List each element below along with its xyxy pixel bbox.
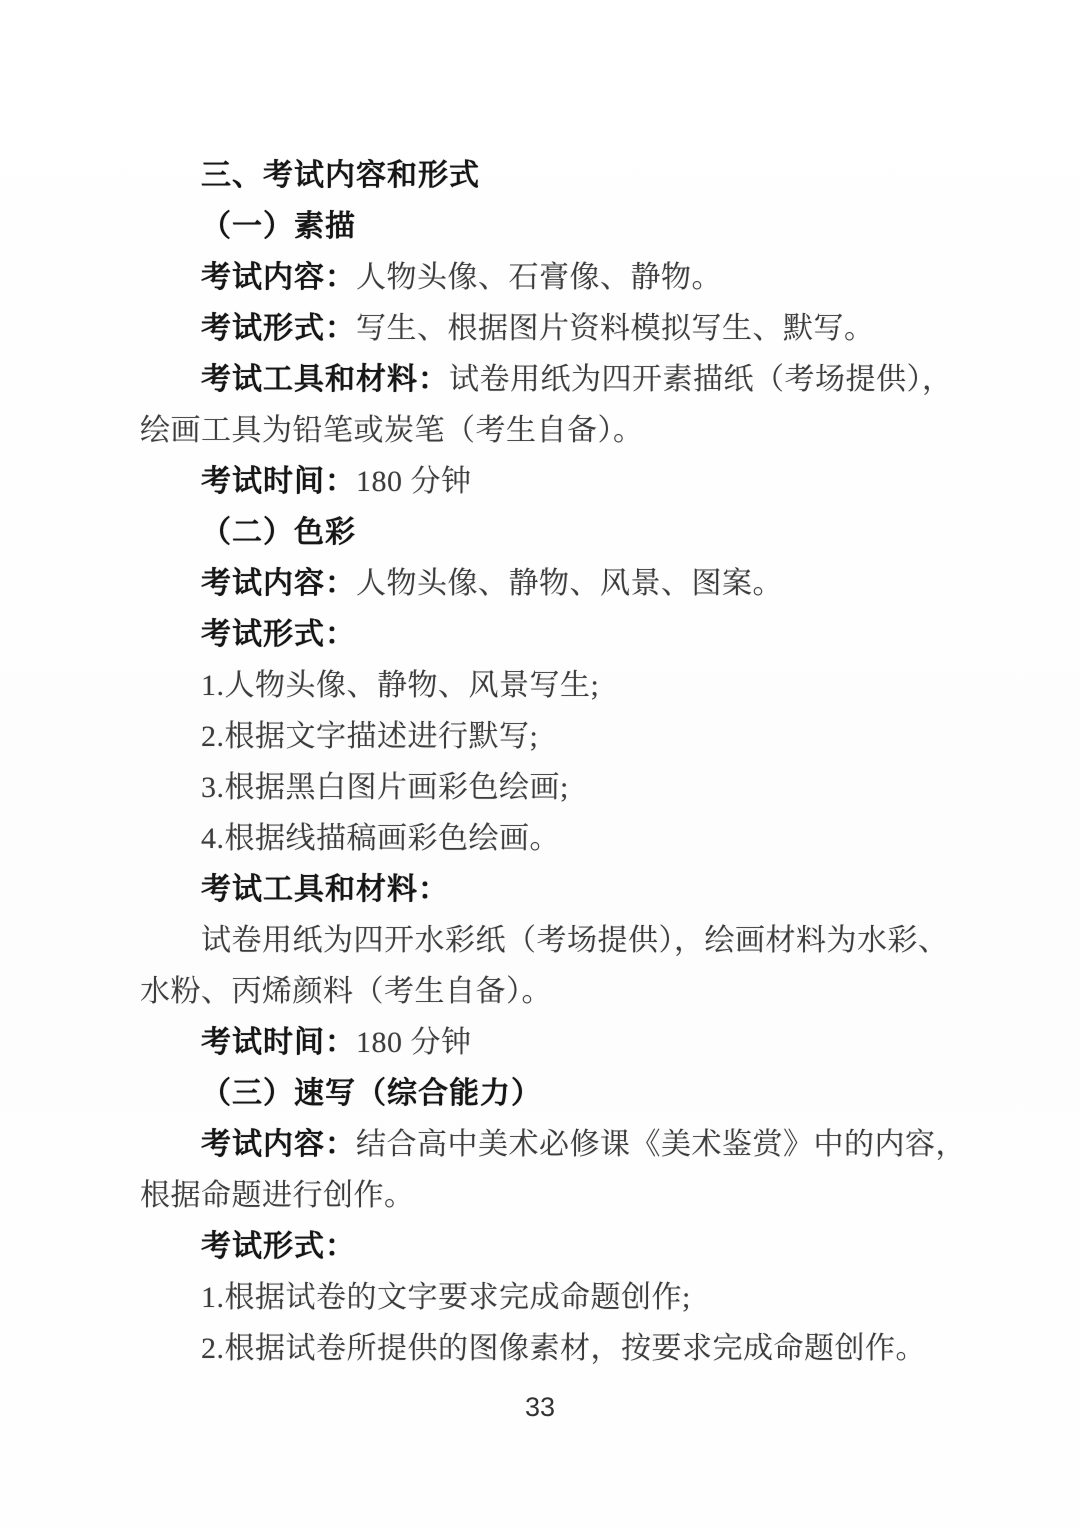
text-line: 根据命题进行创作。 (140, 1170, 942, 1221)
bold-label: 三、考试内容和形式 (201, 159, 480, 192)
text-line: 考试工具和材料： (140, 864, 942, 915)
bold-label: （二）色彩 (201, 516, 356, 549)
line-text: 4.根据线描稿画彩色绘画。 (201, 822, 560, 855)
text-line: 考试形式：写生、根据图片资料模拟写生、默写。 (140, 303, 942, 354)
line-text: 结合高中美术必修课《美术鉴赏》中的内容， (356, 1128, 966, 1161)
line-text: 水粉、丙烯颜料（考生自备）。 (140, 975, 552, 1008)
bold-label: 考试工具和材料： (201, 873, 449, 906)
text-line: 考试工具和材料：试卷用纸为四开素描纸（考场提供）， (140, 354, 942, 405)
document-page: 三、考试内容和形式 （一）素描 考试内容：人物头像、石膏像、静物。 考试形式：写… (0, 0, 1080, 1528)
text-line: 2.根据文字描述进行默写; (140, 711, 942, 762)
bold-label: （三）速写（综合能力） (201, 1077, 542, 1110)
line-text: 180 分钟 (356, 1026, 472, 1059)
bold-label: 考试形式： (201, 1230, 356, 1263)
line-text: 3.根据黑白图片画彩色绘画; (201, 771, 569, 804)
line-text: 根据命题进行创作。 (140, 1179, 415, 1212)
bold-label: 考试时间： (201, 465, 356, 498)
line-text: 人物头像、石膏像、静物。 (356, 261, 722, 294)
text-line: 考试形式： (140, 609, 942, 660)
page-number: 33 (0, 1392, 1080, 1423)
text-line: 水粉、丙烯颜料（考生自备）。 (140, 966, 942, 1017)
bold-label: 考试内容： (201, 261, 356, 294)
line-text: 绘画工具为铅笔或炭笔（考生自备）。 (140, 414, 644, 447)
text-line: 1.人物头像、静物、风景写生; (140, 660, 942, 711)
line-text: 写生、根据图片资料模拟写生、默写。 (356, 312, 875, 345)
text-line: 考试内容：结合高中美术必修课《美术鉴赏》中的内容， (140, 1119, 942, 1170)
text-line: 考试时间：180 分钟 (140, 1017, 942, 1068)
text-line: 考试内容：人物头像、石膏像、静物。 (140, 252, 942, 303)
bold-label: 考试内容： (201, 1128, 356, 1161)
bold-label: 考试形式： (201, 618, 356, 651)
text-line: 绘画工具为铅笔或炭笔（考生自备）。 (140, 405, 942, 456)
line-text: 1.人物头像、静物、风景写生; (201, 669, 599, 702)
bold-label: 考试形式： (201, 312, 356, 345)
text-line: 三、考试内容和形式 (140, 150, 942, 201)
text-line: （一）素描 (140, 201, 942, 252)
text-line: 考试内容：人物头像、静物、风景、图案。 (140, 558, 942, 609)
text-line: 试卷用纸为四开水彩纸（考场提供），绘画材料为水彩、 (140, 915, 942, 966)
line-text: 试卷用纸为四开素描纸（考场提供）， (449, 363, 953, 396)
bold-label: 考试内容： (201, 567, 356, 600)
text-line: 考试形式： (140, 1221, 942, 1272)
bold-label: （一）素描 (201, 210, 356, 243)
bold-label: 考试时间： (201, 1026, 356, 1059)
line-text: 人物头像、静物、风景、图案。 (356, 567, 783, 600)
line-text: 2.根据文字描述进行默写; (201, 720, 538, 753)
document-body: 三、考试内容和形式 （一）素描 考试内容：人物头像、石膏像、静物。 考试形式：写… (0, 0, 1080, 1374)
line-text: 1.根据试卷的文字要求完成命题创作; (201, 1281, 691, 1314)
text-line: 2.根据试卷所提供的图像素材，按要求完成命题创作。 (140, 1323, 942, 1374)
text-line: 考试时间：180 分钟 (140, 456, 942, 507)
text-line: 4.根据线描稿画彩色绘画。 (140, 813, 942, 864)
text-line: 1.根据试卷的文字要求完成命题创作; (140, 1272, 942, 1323)
text-line: 3.根据黑白图片画彩色绘画; (140, 762, 942, 813)
line-text: 2.根据试卷所提供的图像素材，按要求完成命题创作。 (201, 1332, 926, 1365)
text-line: （三）速写（综合能力） (140, 1068, 942, 1119)
text-line: （二）色彩 (140, 507, 942, 558)
line-text: 180 分钟 (356, 465, 472, 498)
bold-label: 考试工具和材料： (201, 363, 449, 396)
line-text: 试卷用纸为四开水彩纸（考场提供），绘画材料为水彩、 (201, 924, 949, 957)
